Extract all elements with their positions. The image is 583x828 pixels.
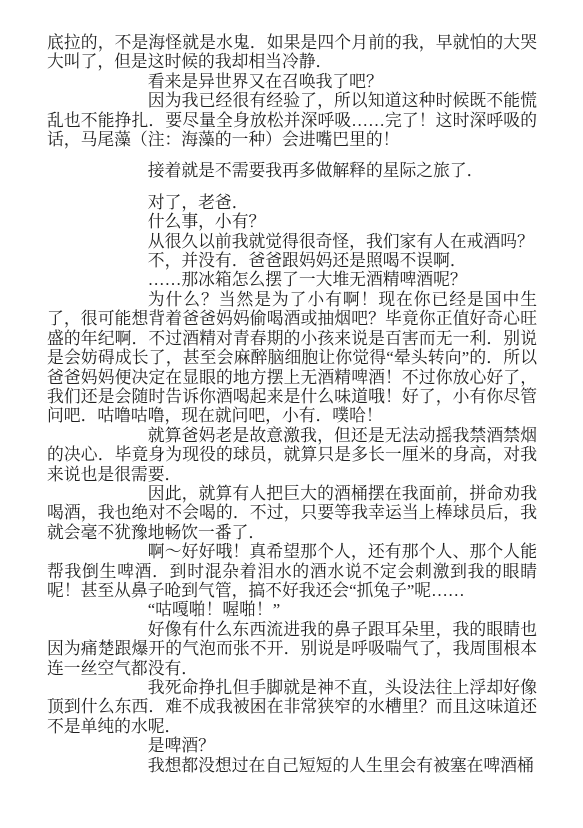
paragraph: 就算爸妈老是故意激我，但还是无法动摇我禁酒禁烟的决心．毕竟身为现役的球员，就算只… [47, 426, 537, 484]
paragraph: 因此，就算有人把巨大的酒桶摆在我面前，拼命劝我喝酒，我也绝对不会喝的．不过，只要… [47, 484, 537, 542]
paragraph: 对了，老爸． [47, 193, 537, 212]
paragraph: ……那冰箱怎么摆了一大堆无酒精啤酒呢？ [47, 270, 537, 289]
page-text: 底拉的，不是海怪就是水鬼．如果是四个月前的我，早就怕的大哭大叫了，但是这时候的我… [47, 33, 537, 775]
paragraph: 底拉的，不是海怪就是水鬼．如果是四个月前的我，早就怕的大哭大叫了，但是这时候的我… [47, 33, 537, 72]
paragraph: 我死命挣扎但手脚就是神不直，头设法往上浮却好像顶到什么东西．难不成我被困在非常狭… [47, 678, 537, 736]
paragraph: “咕嘎啪！喔啪！” [47, 600, 537, 619]
paragraph: 我想都没想过在自己短短的人生里会有被塞在啤酒桶 [47, 756, 537, 775]
paragraph: 不，并没有．爸爸跟妈妈还是照喝不误啊． [47, 251, 537, 270]
paragraph: 啊～好好哦！真希望那个人，还有那个人、那个人能帮我倒生啤酒．到时混杂着泪水的酒水… [47, 542, 537, 600]
blank-line [47, 181, 537, 193]
paragraph: 什么事，小有？ [47, 212, 537, 231]
paragraph: 是啤酒？ [47, 736, 537, 755]
paragraph: 从很久以前我就觉得很奇怪，我们家有人在戒酒吗？ [47, 232, 537, 251]
paragraph: 因为我已经很有经验了，所以知道这种时候既不能慌乱也不能挣扎．要尽量全身放松并深呼… [47, 91, 537, 149]
book-page: 底拉的，不是海怪就是水鬼．如果是四个月前的我，早就怕的大哭大叫了，但是这时候的我… [0, 0, 583, 828]
paragraph: 接着就是不需要我再多做解释的星际之旅了． [47, 161, 537, 180]
paragraph: 为什么？当然是为了小有啊！现在你已经是国中生了，很可能想背着爸爸妈妈偷喝酒或抽烟… [47, 290, 537, 426]
paragraph: 好像有什么东西流进我的鼻子跟耳朵里，我的眼睛也因为痛楚跟爆开的气泡而张不开．别说… [47, 620, 537, 678]
blank-line [47, 149, 537, 161]
paragraph: 看来是异世界又在召唤我了吧？ [47, 72, 537, 91]
